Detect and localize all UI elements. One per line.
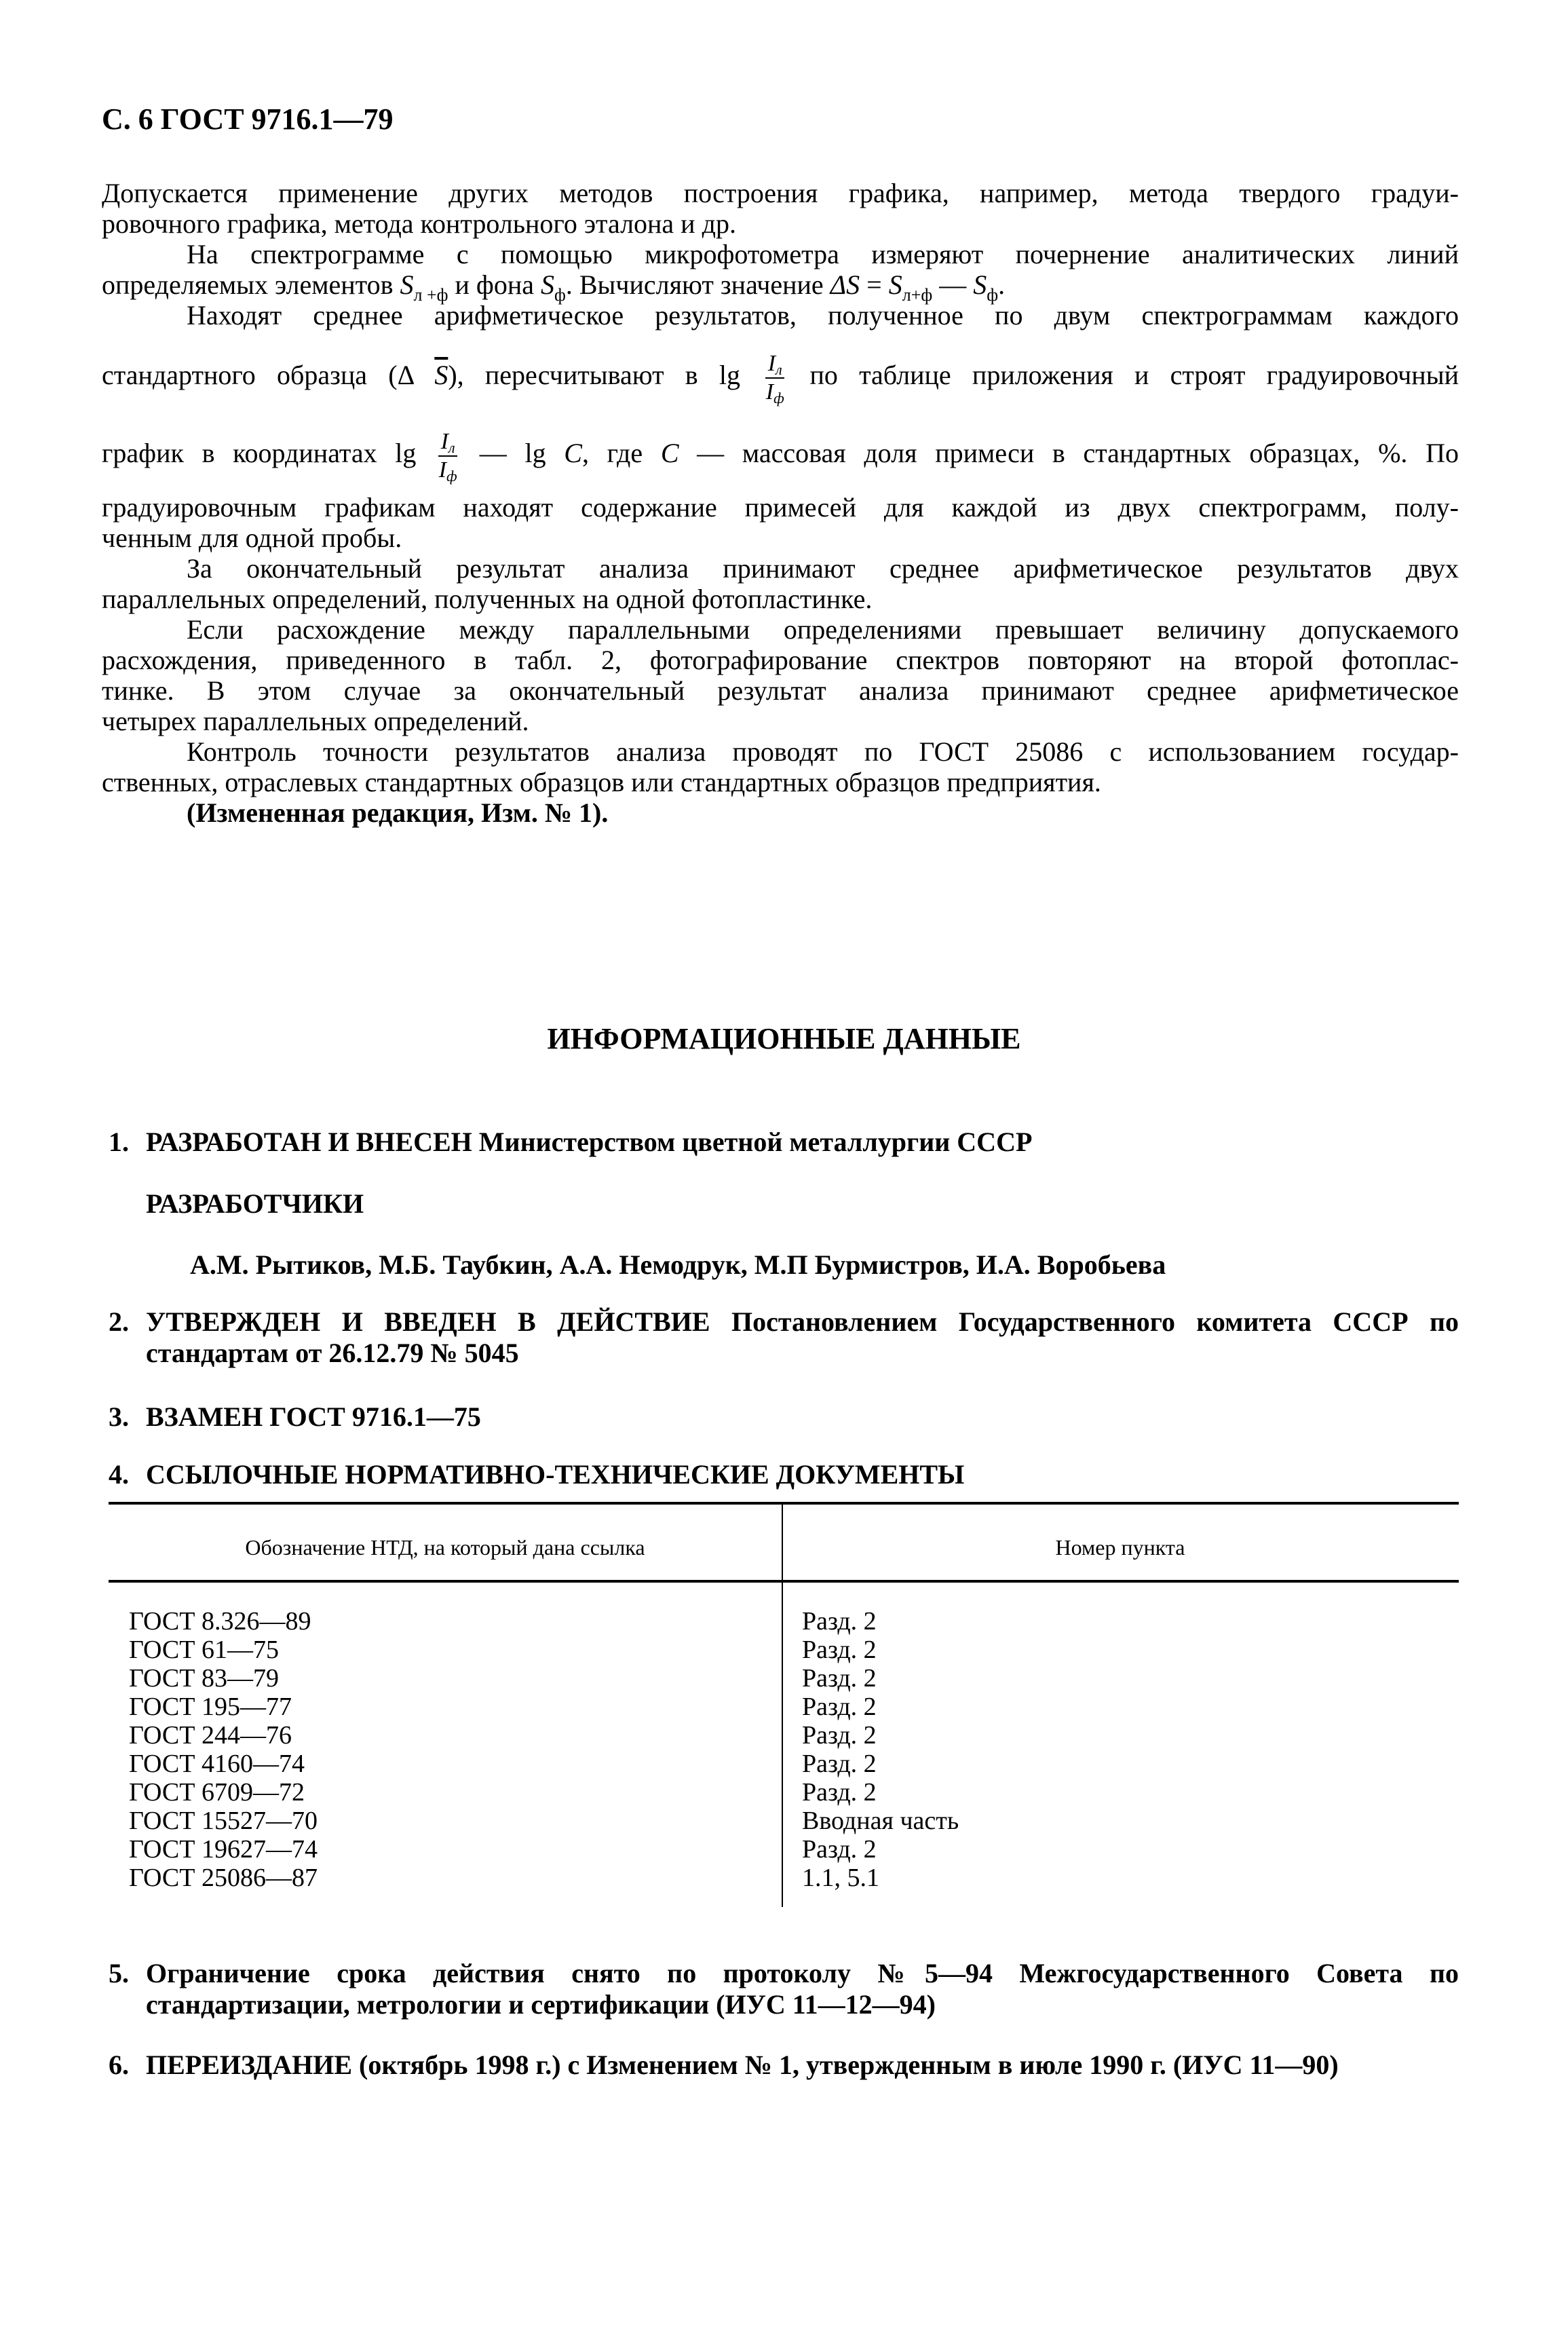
table-row-ntd: ГОСТ 25086—87 xyxy=(129,1864,318,1892)
table-row-clause: Разд. 2 xyxy=(802,1664,959,1693)
text: и фона xyxy=(448,269,541,300)
developers-label: РАЗРАБОТЧИКИ xyxy=(146,1188,364,1220)
text: стандартного образца (Δ xyxy=(102,360,434,390)
paragraph-line: график в координатах lg IлIф — lg C, где… xyxy=(102,414,1459,492)
symbol-c: C xyxy=(661,438,679,468)
info-section-title: ИНФОРМАЦИОННЫЕ ДАННЫЕ xyxy=(0,1021,1568,1056)
paragraph-line: Находят среднее арифметическое результат… xyxy=(102,300,1459,331)
info-item-6: 6. ПЕРЕИЗДАНИЕ (октябрь 1998 г.) с Измен… xyxy=(109,2050,1459,2081)
paragraph-line: Контроль точности результатов анализа пр… xyxy=(102,736,1459,767)
item-caps: ПЕРЕИЗДАНИЕ xyxy=(146,2050,352,2080)
paragraph-line: ственных, отраслевых стандартных образцо… xyxy=(102,767,1459,797)
fraction-il-if: IлIф xyxy=(438,428,457,484)
item-content: ССЫЛОЧНЫЕ НОРМАТИВНО-ТЕХНИЧЕСКИЕ ДОКУМЕН… xyxy=(146,1459,1459,1490)
fraction-il-if: IлIф xyxy=(765,350,784,406)
info-item-5: 5. Ограничение срока действия снято по п… xyxy=(109,1958,1459,2020)
paragraph-line: тинке. В этом случае за окончательный ре… xyxy=(102,675,1459,706)
info-item-3: 3. ВЗАМЕН ГОСТ 9716.1—75 xyxy=(109,1401,1459,1433)
item-number: 4. xyxy=(109,1459,129,1490)
symbol-s: S xyxy=(973,269,987,300)
table-row-ntd: ГОСТ 83—79 xyxy=(129,1664,318,1693)
page-header: С. 6 ГОСТ 9716.1—79 xyxy=(102,102,394,136)
item-content: ПЕРЕИЗДАНИЕ (октябрь 1998 г.) с Изменени… xyxy=(146,2050,1459,2081)
table-header-rule xyxy=(109,1580,1459,1583)
symbol-s: S xyxy=(889,269,902,300)
table-row-ntd: ГОСТ 6709—72 xyxy=(129,1778,318,1807)
info-item-4: 4. ССЫЛОЧНЫЕ НОРМАТИВНО-ТЕХНИЧЕСКИЕ ДОКУ… xyxy=(109,1459,1459,1490)
table-top-rule xyxy=(109,1502,1459,1505)
item-content: УТВЕРЖДЕН И ВВЕДЕН В ДЕЙСТВИЕ Постановле… xyxy=(146,1306,1459,1369)
table-header-ntd: Обозначение НТД, на который дана ссылка xyxy=(109,1535,782,1560)
table-row-clause: Разд. 2 xyxy=(802,1721,959,1750)
subscript: ф xyxy=(446,468,457,485)
formula-delta-s: ΔS xyxy=(830,269,860,300)
subscript: л xyxy=(776,361,782,378)
symbol-s-mean: S xyxy=(434,360,448,390)
subscript: л xyxy=(448,439,455,456)
text: определяемых элементов xyxy=(102,269,400,300)
item-text: Министерством цветной металлургии СССР xyxy=(472,1127,1033,1157)
item-number: 3. xyxy=(109,1401,129,1433)
body-text: Допускается применение других методов по… xyxy=(102,178,1459,828)
text: = xyxy=(860,269,889,300)
table-row-clause: Разд. 2 xyxy=(802,1778,959,1807)
item-content: ВЗАМЕН ГОСТ 9716.1—75 xyxy=(146,1401,1459,1433)
paragraph-line: На спектрограмме с помощью микрофотометр… xyxy=(102,239,1459,269)
subscript: ф xyxy=(773,390,784,407)
table-row-clause: Разд. 2 xyxy=(802,1636,959,1664)
table-row-clause: Вводная часть xyxy=(802,1807,959,1835)
numerator: I xyxy=(768,351,776,376)
item-text: (октябрь 1998 г.) с Изменением № 1, утве… xyxy=(352,2050,1339,2080)
item-caps: УТВЕРЖДЕН И ВВЕДЕН В ДЕЙСТВИЕ xyxy=(146,1306,710,1337)
item-caps: ССЫЛОЧНЫЕ НОРМАТИВНО-ТЕХНИЧЕСКИЕ ДОКУМЕН… xyxy=(146,1459,964,1490)
table-row-clause: Разд. 2 xyxy=(802,1750,959,1778)
paragraph-line: стандартного образца (Δ S), пересчитываю… xyxy=(102,336,1459,414)
table-row-ntd: ГОСТ 4160—74 xyxy=(129,1750,318,1778)
paragraph-line: За окончательный результат анализа прини… xyxy=(102,553,1459,584)
table-row-ntd: ГОСТ 15527—70 xyxy=(129,1807,318,1835)
text: по таблице приложения и строят градуиров… xyxy=(788,360,1459,390)
amendment-note: (Измененная редакция, Изм. № 1). xyxy=(102,797,1459,828)
paragraph-line: четырех параллельных определений. xyxy=(102,706,1459,736)
paragraph-line: параллельных определений, полученных на … xyxy=(102,584,1459,614)
text: , где xyxy=(582,438,661,468)
info-item-2: 2. УТВЕРЖДЕН И ВВЕДЕН В ДЕЙСТВИЕ Постано… xyxy=(109,1306,1459,1369)
table-column-clause: Разд. 2Разд. 2Разд. 2Разд. 2Разд. 2Разд.… xyxy=(802,1607,959,1892)
table-row-ntd: ГОСТ 19627—74 xyxy=(129,1835,318,1864)
paragraph-line: определяемых элементов Sл +ф и фона Sф. … xyxy=(102,269,1459,300)
table-row-clause: Разд. 2 xyxy=(802,1835,959,1864)
table-row-ntd: ГОСТ 61—75 xyxy=(129,1636,318,1664)
item-number: 1. xyxy=(109,1127,129,1158)
item-content: Ограничение срока действия снято по прот… xyxy=(146,1958,1459,2020)
table-column-ntd: ГОСТ 8.326—89ГОСТ 61—75ГОСТ 83—79ГОСТ 19… xyxy=(129,1607,318,1892)
item-caps: РАЗРАБОТАН И ВНЕСЕН xyxy=(146,1127,472,1157)
table-row-clause: 1.1, 5.1 xyxy=(802,1864,959,1892)
table-row-clause: Разд. 2 xyxy=(802,1607,959,1636)
text: — xyxy=(932,269,973,300)
table-row-ntd: ГОСТ 244—76 xyxy=(129,1721,318,1750)
item-number: 2. xyxy=(109,1306,129,1338)
table-column-divider xyxy=(782,1503,783,1907)
numerator: I xyxy=(441,429,448,454)
paragraph-line: ченным для одной пробы. xyxy=(102,523,1459,553)
item-content: РАЗРАБОТАН И ВНЕСЕН Министерством цветно… xyxy=(146,1127,1459,1158)
developers-names: А.М. Рытиков, М.Б. Таубкин, А.А. Немодру… xyxy=(190,1249,1166,1281)
paragraph-line: расхождения, приведенного в табл. 2, фот… xyxy=(102,645,1459,675)
table-header-clause: Номер пункта xyxy=(782,1535,1459,1560)
paragraph-line: градуировочным графикам находят содержан… xyxy=(102,492,1459,523)
table-row-ntd: ГОСТ 195—77 xyxy=(129,1693,318,1721)
info-item-1: 1. РАЗРАБОТАН И ВНЕСЕН Министерством цве… xyxy=(109,1127,1459,1158)
text: ), пересчитывают в lg xyxy=(448,360,761,390)
item-number: 6. xyxy=(109,2050,129,2081)
paragraph-line: ровочного графика, метода контрольного э… xyxy=(102,208,1459,239)
text: график в координатах lg xyxy=(102,438,434,468)
text: — массовая доля примеси в стандартных об… xyxy=(679,438,1459,468)
item-number: 5. xyxy=(109,1958,129,1989)
text: — lg xyxy=(461,438,564,468)
table-row-clause: Разд. 2 xyxy=(802,1693,959,1721)
symbol-c: C xyxy=(564,438,582,468)
denominator: I xyxy=(766,379,773,404)
item-caps: ВЗАМЕН ГОСТ 9716.1—75 xyxy=(146,1401,481,1432)
text: . xyxy=(998,269,1005,300)
table-row-ntd: ГОСТ 8.326—89 xyxy=(129,1607,318,1636)
symbol-s: S xyxy=(400,269,414,300)
denominator: I xyxy=(439,457,446,483)
paragraph-line: Допускается применение других методов по… xyxy=(102,178,1459,208)
symbol-s: S xyxy=(541,269,554,300)
text: . Вычисляют значение xyxy=(566,269,830,300)
paragraph-line: Если расхождение между параллельными опр… xyxy=(102,614,1459,645)
